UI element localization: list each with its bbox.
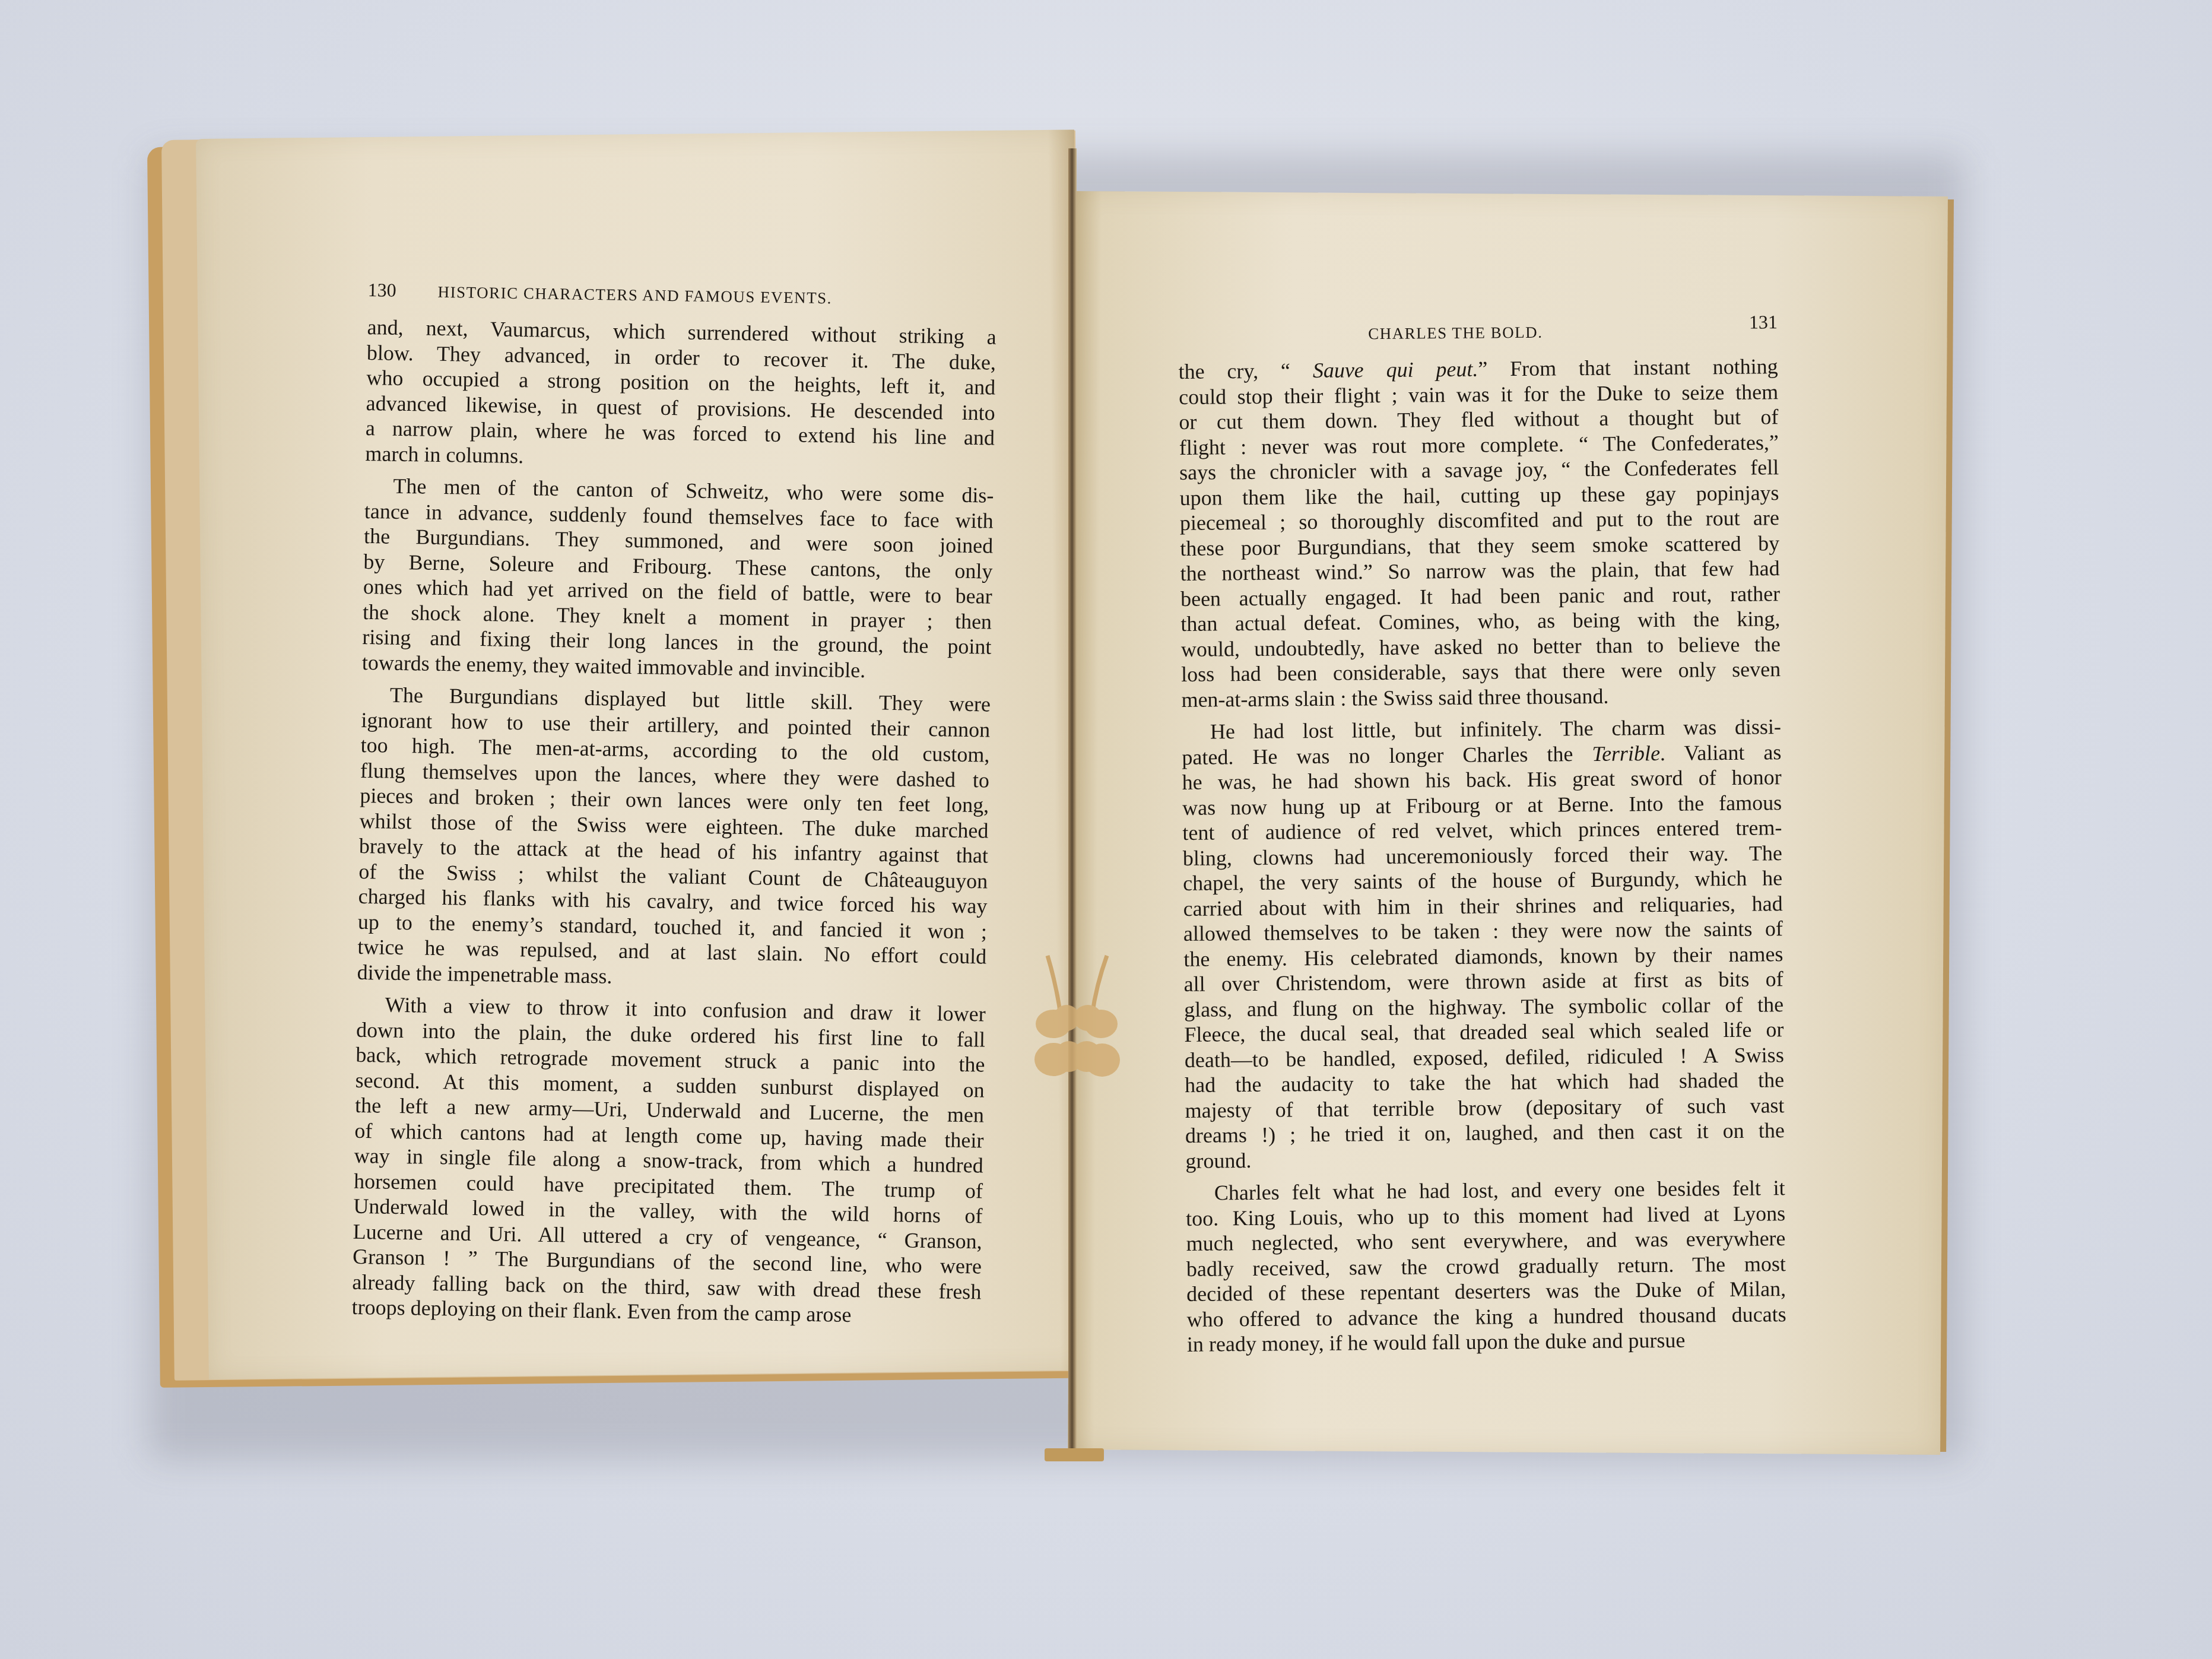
right-running-title: CHARLES THE BOLD. [1368, 323, 1543, 344]
text-line: who offered to advance the king a hundre… [1186, 1302, 1786, 1332]
paragraph: the cry, “ Sauve qui peut.” From that in… [1179, 354, 1781, 712]
paragraph: With a view to throw it into confusion a… [351, 992, 986, 1330]
page-number-right: 131 [1749, 311, 1778, 333]
text-line: loss had been considerable, says that th… [1181, 656, 1781, 687]
paragraph: He had lost little, but infinitely. The … [1182, 714, 1785, 1173]
paragraph: The men of the canton of Schweitz, who w… [362, 473, 994, 685]
page-number-left: 130 [367, 279, 396, 302]
book-gutter [1068, 148, 1077, 1454]
right-page-text: CHARLES THE BOLD. 131 the cry, “ Sauve q… [1178, 318, 1786, 1364]
paragraph: The Burgundians displayed but little ski… [357, 682, 991, 995]
text-line: dreams !) ; he tried it on, laughed, and… [1185, 1118, 1785, 1148]
left-page-text: 130 HISTORIC CHARACTERS AND FAMOUS EVENT… [351, 279, 997, 1337]
left-running-title: HISTORIC CHARACTERS AND FAMOUS EVENTS. [437, 283, 832, 307]
spine-bottom [1045, 1448, 1104, 1461]
left-paragraphs: and, next, Vaumarcus, which surrendered … [351, 315, 996, 1337]
paragraph: Charles felt what he had lost, and every… [1186, 1175, 1787, 1357]
right-running-head: CHARLES THE BOLD. 131 [1178, 318, 1778, 348]
paragraph: and, next, Vaumarcus, which surrendered … [365, 315, 996, 476]
right-paragraphs: the cry, “ Sauve qui peut.” From that in… [1179, 354, 1787, 1364]
